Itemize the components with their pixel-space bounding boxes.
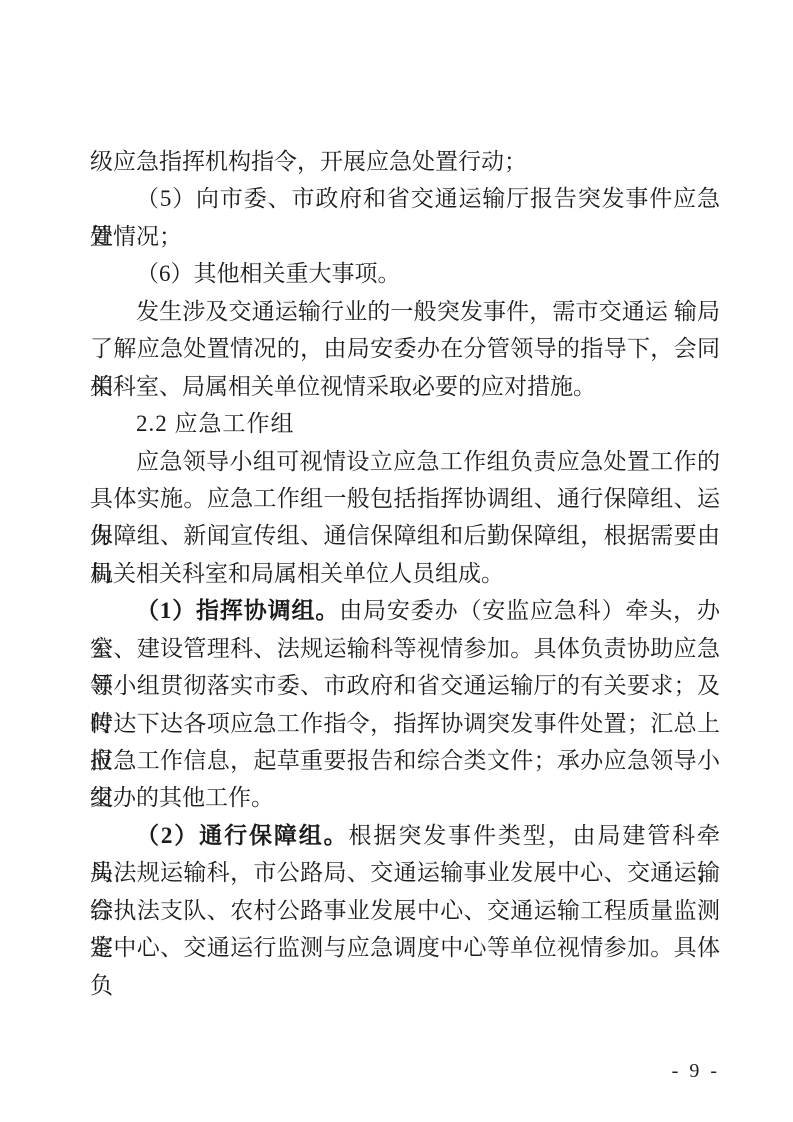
- document-page: 级应急指挥机构指令，开展应急处置行动； （5）向市委、市政府和省交通运输厅报告突…: [0, 0, 793, 1122]
- body-line: 室、建设管理科、法规运输科等视情参加。具体负责协助应急领: [90, 630, 720, 667]
- body-line: （5）向市委、市政府和省交通运输厅报告突发事件应急处: [90, 180, 720, 217]
- body-line: 置情况；: [90, 218, 720, 255]
- body-line: （2）通行保障组。根据突发事件类型，由局建管科牵头，: [90, 817, 720, 854]
- body-line: （6）其他相关重大事项。: [90, 255, 720, 292]
- body-line: 合执法支队、农村公路事业发展中心、交通运输工程质量监测鉴: [90, 892, 720, 929]
- body-line: 关科室、局属相关单位视情采取必要的应对措施。: [90, 368, 720, 405]
- body-line: 传达下达各项应急工作指令，指挥协调突发事件处置；汇总上报: [90, 705, 720, 742]
- page-number: - 9 -: [90, 1060, 720, 1083]
- body-line: 导小组贯彻落实市委、市政府和省交通运输厅的有关要求；及时: [90, 667, 720, 704]
- body-line: 定中心、交通运行监测与应急调度中心等单位视情参加。具体负: [90, 929, 720, 966]
- body-line: 了解应急处置情况的，由局安委办在分管领导的指导下，会同相: [90, 330, 720, 367]
- body-line: 发生涉及交通运输行业的一般突发事件，需市交通运 输局: [90, 293, 720, 330]
- body-line: 应急领导小组可视情设立应急工作组负责应急处置工作的: [90, 443, 720, 480]
- group-name-bold: （2）通行保障组。: [136, 823, 349, 848]
- body-line: 交办的其他工作。: [90, 779, 720, 816]
- body-line: （1）指挥协调组。由局安委办（安监应急科）牵头，办公: [90, 592, 720, 629]
- group-name-bold: （1）指挥协调组。: [136, 598, 339, 623]
- body-line: 级应急指挥机构指令，开展应急处置行动；: [90, 143, 720, 180]
- body-line: 机关相关科室和局属相关单位人员组成。: [90, 555, 720, 592]
- body-line: 局法规运输科，市公路局、交通运输事业发展中心、交通运输综: [90, 854, 720, 891]
- body-line: 应急工作信息，起草重要报告和综合类文件；承办应急领导小组: [90, 742, 720, 779]
- section-heading: 2.2 应急工作组: [90, 405, 720, 442]
- document-body: 级应急指挥机构指令，开展应急处置行动； （5）向市委、市政府和省交通运输厅报告突…: [90, 143, 720, 967]
- body-line: 保障组、新闻宣传组、通信保障组和后勤保障组，根据需要由局: [90, 517, 720, 554]
- body-line: 具体实施。应急工作组一般包括指挥协调组、通行保障组、运力: [90, 480, 720, 517]
